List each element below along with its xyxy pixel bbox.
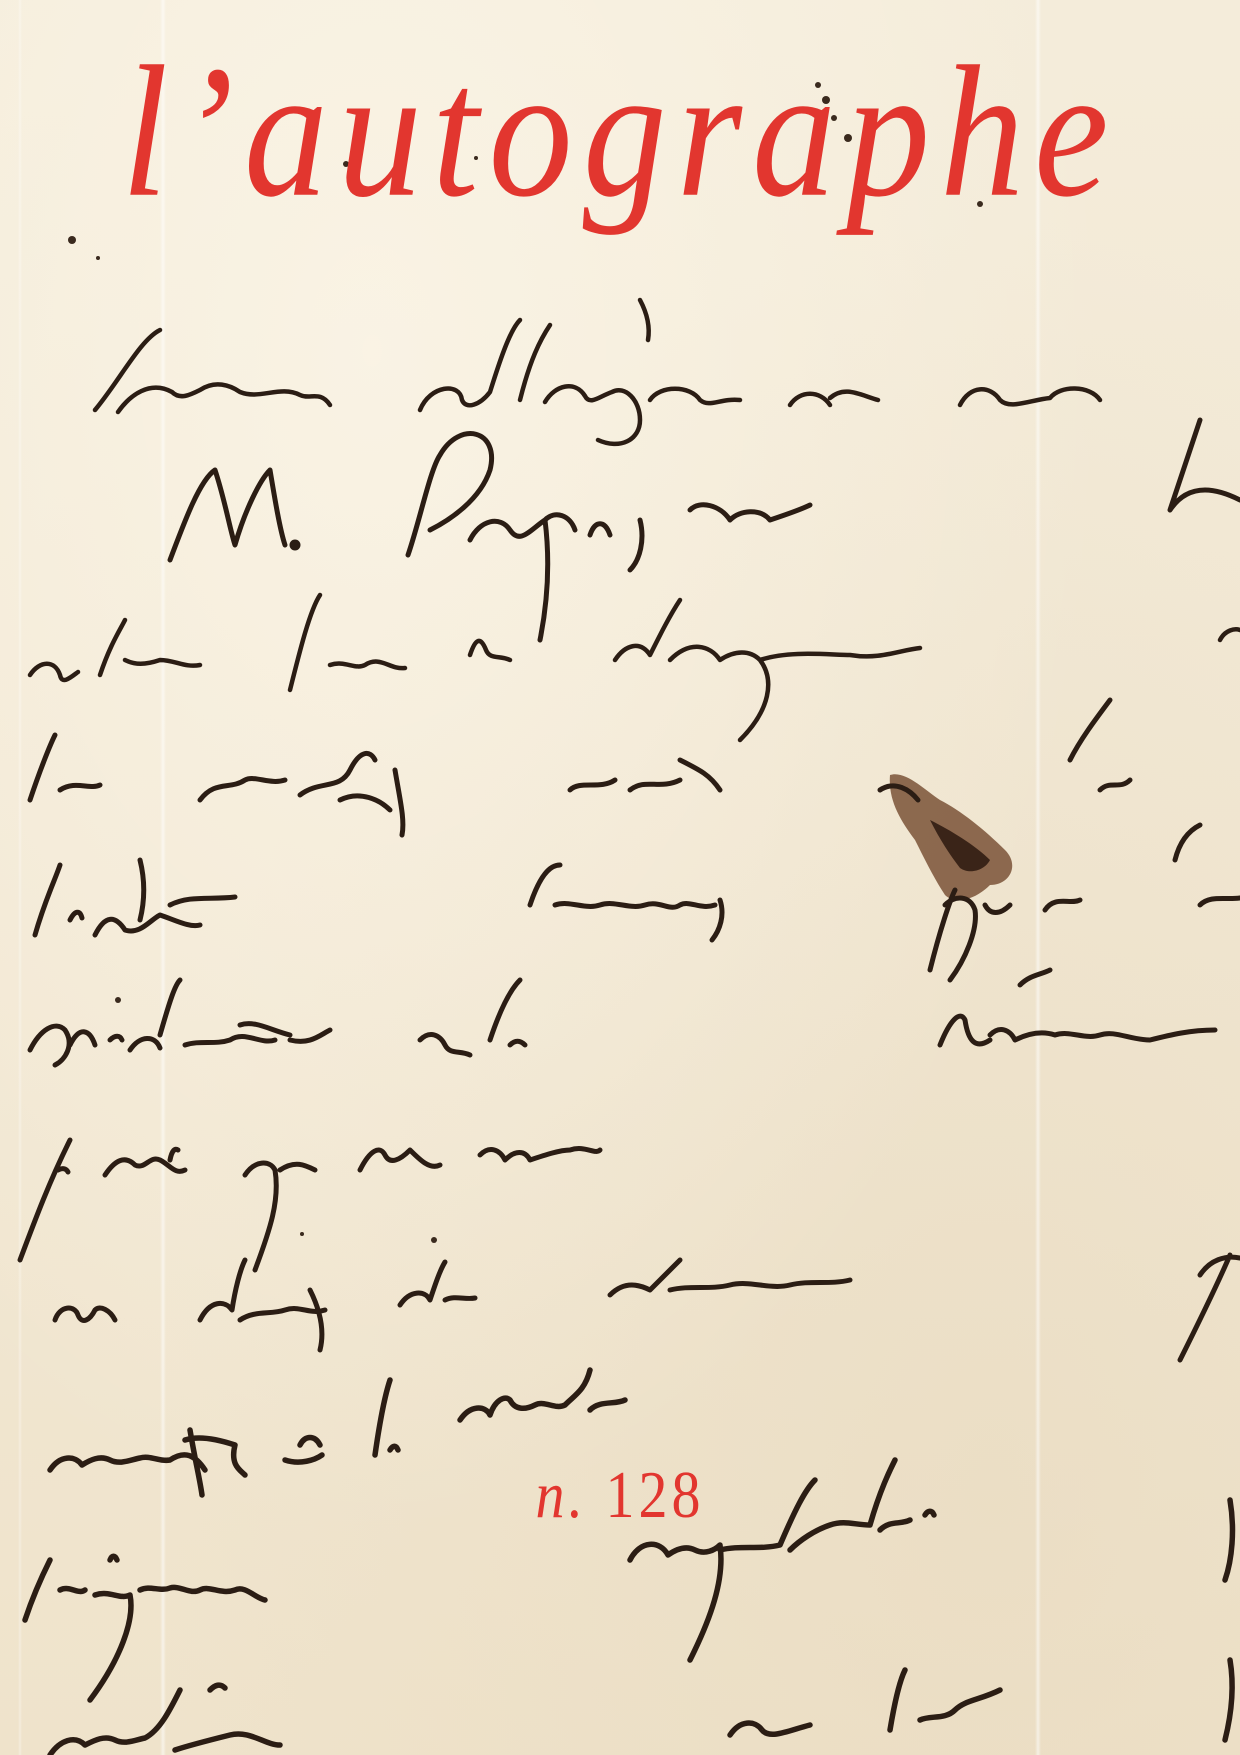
issue-number: n. 128 (0, 1462, 1240, 1529)
issue-prefix: n. (536, 1457, 588, 1532)
issue-number-value: 128 (606, 1457, 705, 1532)
magazine-title: l’autographe (0, 38, 1240, 226)
ink-specks (68, 82, 983, 1243)
ink-stain (880, 774, 1012, 900)
magazine-cover: l’autographe n. 128 (0, 0, 1240, 1755)
